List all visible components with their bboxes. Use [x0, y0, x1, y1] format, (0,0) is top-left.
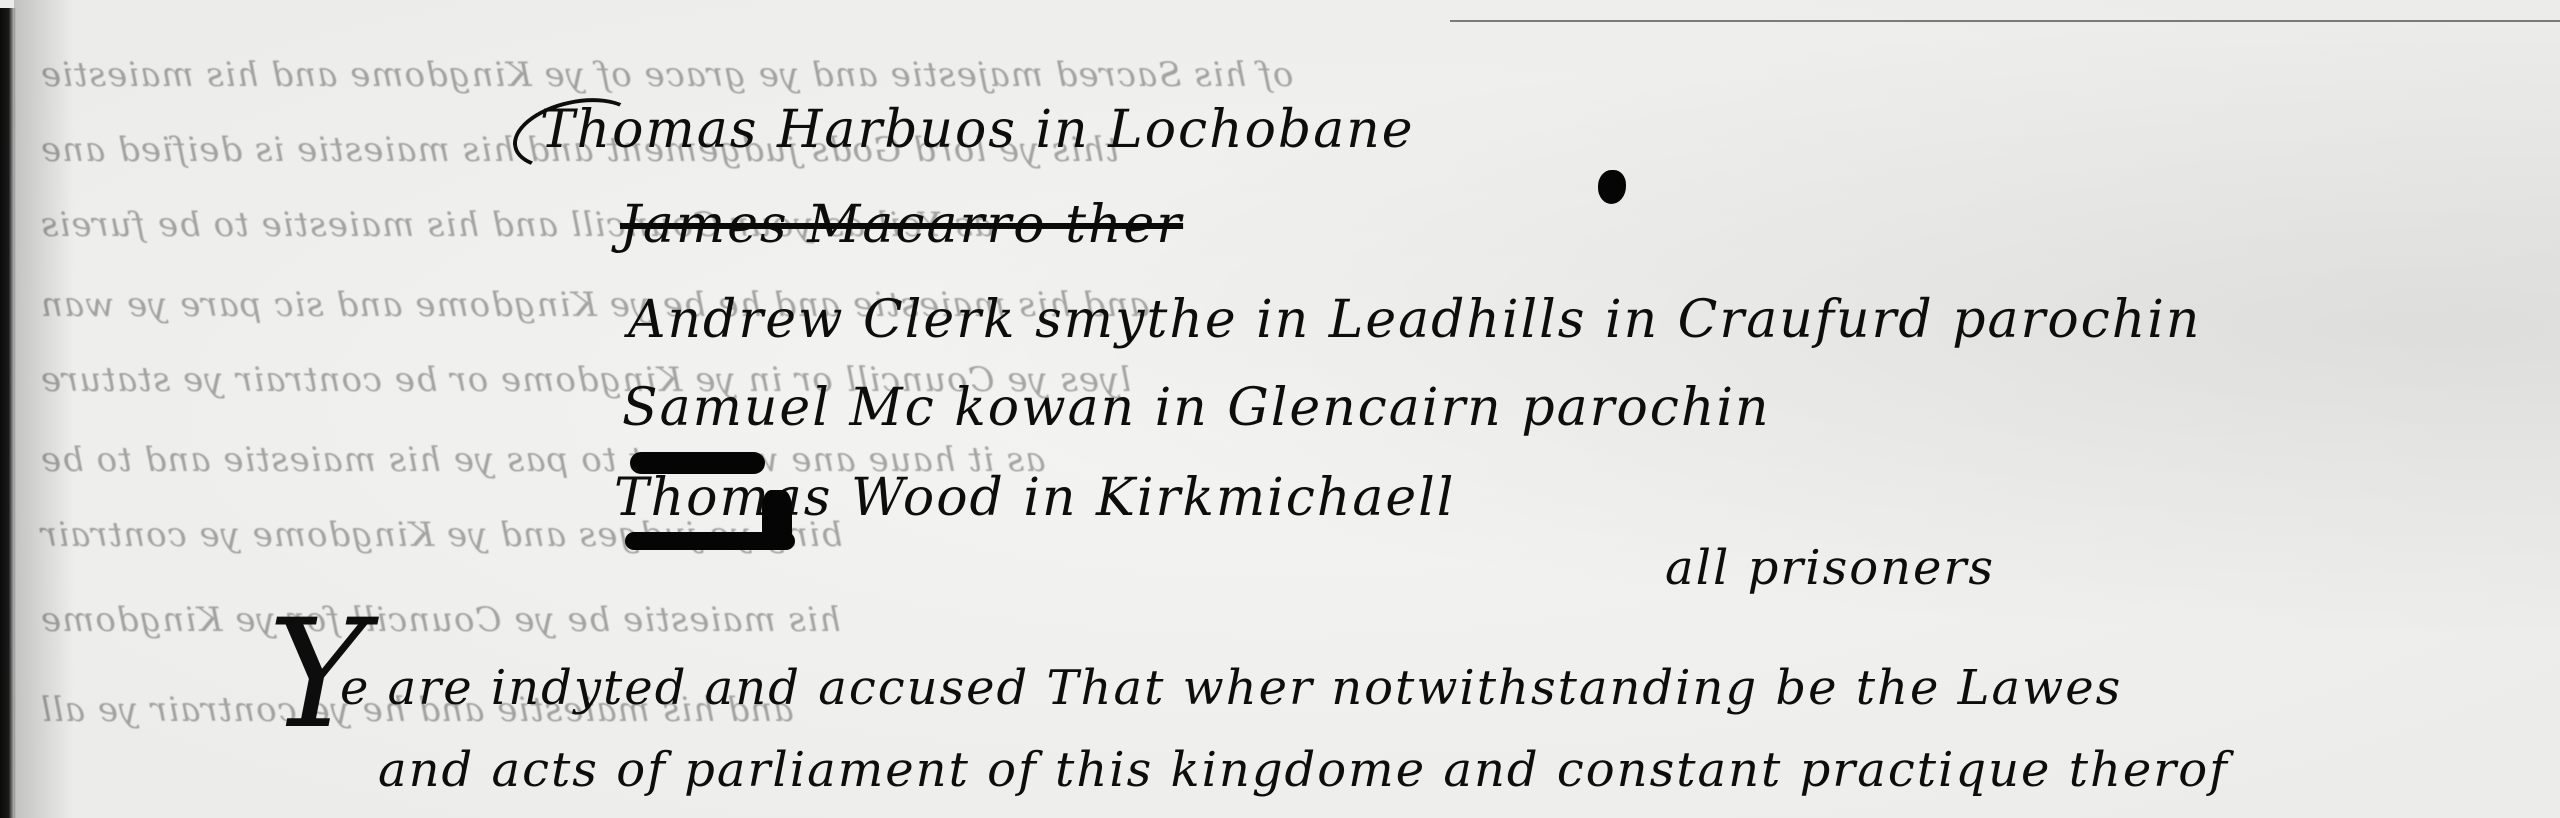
entry-line: Thomas Harbuos in Lochobane — [540, 100, 1414, 160]
ink-blot — [1598, 170, 1626, 204]
manuscript-page: of his Sacred majestie and ye grace of y… — [0, 0, 2560, 818]
entry-line: Andrew Clerk smythe in Leadhills in Crau… — [628, 290, 2201, 350]
entry-line: Samuel Mc kowan in Glencairn parochin — [622, 378, 1771, 438]
bleed-through-line: of his Sacred majestie and ye grace of y… — [40, 55, 1293, 95]
summary-text: all prisoners — [1665, 540, 1995, 596]
entry-line: Thomas Wood in Kirkmichaell — [614, 468, 1455, 528]
entry-line-struck: James Macarro ther — [620, 195, 1183, 255]
indictment-line: e are indyted and accused That wher notw… — [340, 660, 2122, 716]
indictment-line: and acts of parliament of this kingdome … — [378, 742, 2229, 798]
page-top-edge-rule — [1450, 20, 2560, 22]
underline-mark — [625, 532, 795, 550]
page-left-edge — [0, 8, 16, 818]
bleed-through-line: his maiestie be ye Councill for ye Kingd… — [40, 600, 841, 640]
